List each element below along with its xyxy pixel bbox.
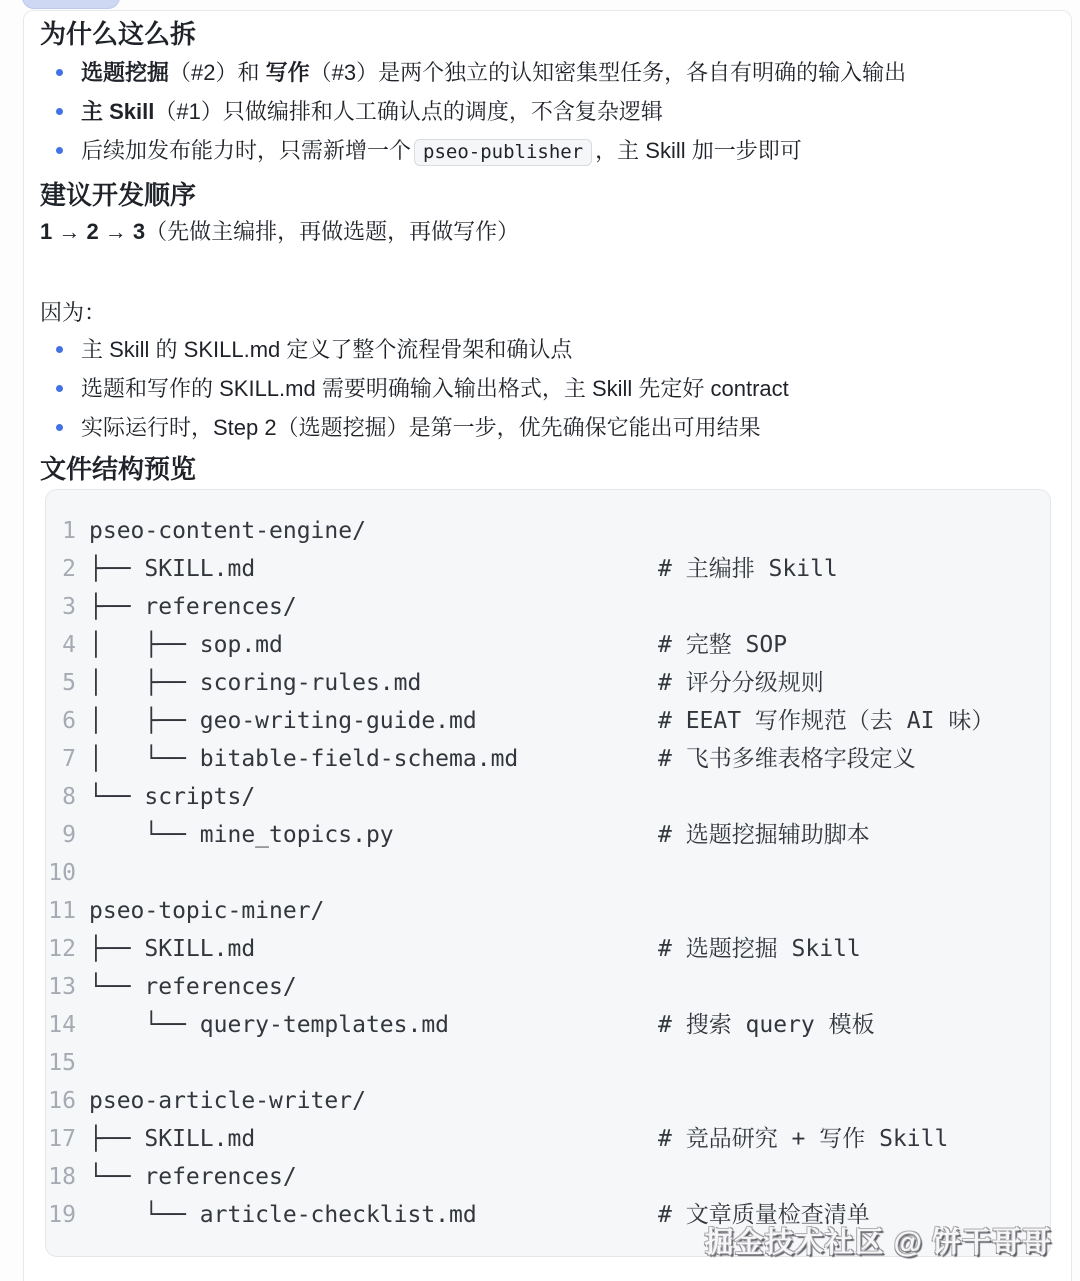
why-bullet-list: 选题挖掘（#2）和 写作（#3）是两个独立的认知密集型任务，各自有明确的输入输出… <box>40 59 1047 166</box>
code-comment: # 评分分级规则 <box>658 664 824 702</box>
code-line: 3 ├── references/ <box>46 588 1050 626</box>
list-item: 后续加发布能力时，只需新增一个pseo-publisher，主 Skill 加一… <box>40 137 1047 166</box>
line-number: 6 <box>46 702 76 740</box>
watermark: 掘金技术社区 @ 饼干哥哥 <box>705 1220 1052 1261</box>
list-item-text: 实际运行时，Step 2（选题挖掘）是第一步，优先确保它能出可用结果 <box>81 414 761 441</box>
line-number: 17 <box>46 1120 76 1158</box>
code-text: │ ├── sop.md <box>89 626 283 664</box>
code-line: 2 ├── SKILL.md # 主编排 Skill <box>46 550 1050 588</box>
line-number: 10 <box>46 854 76 892</box>
text: 主 Skill 的 SKILL.md 定义了整个流程骨架和确认点 <box>81 337 572 362</box>
code-text: pseo-content-engine/ <box>89 512 366 550</box>
list-item-text: 选题挖掘（#2）和 写作（#3）是两个独立的认知密集型任务，各自有明确的输入输出 <box>81 59 906 86</box>
line-number: 2 <box>46 550 76 588</box>
code-line: 6 │ ├── geo-writing-guide.md # EEAT 写作规范… <box>46 702 1050 740</box>
code-line: 15 <box>46 1044 1050 1082</box>
code-text: └── article-checklist.md <box>89 1196 477 1234</box>
code-comment: # 完整 SOP <box>658 626 787 664</box>
document-card: 为什么这么拆 选题挖掘（#2）和 写作（#3）是两个独立的认知密集型任务，各自有… <box>23 10 1072 1281</box>
code-line: 17 ├── SKILL.md # 竞品研究 + 写作 Skill <box>46 1120 1050 1158</box>
text: （#2）和 <box>169 60 266 85</box>
bullet-dot-icon <box>56 424 63 431</box>
code-text: └── scripts/ <box>89 778 255 816</box>
code-line: 1 pseo-content-engine/ <box>46 512 1050 550</box>
code-line: 13 └── references/ <box>46 968 1050 1006</box>
code-line: 12 ├── SKILL.md # 选题挖掘 Skill <box>46 930 1050 968</box>
bold-text: 主 Skill <box>81 99 154 124</box>
list-item: 实际运行时，Step 2（选题挖掘）是第一步，优先确保它能出可用结果 <box>40 414 1047 441</box>
bullet-dot-icon <box>56 147 63 154</box>
bold-text: 1 → 2 → 3 <box>40 219 145 244</box>
code-text: pseo-article-writer/ <box>89 1082 366 1120</box>
code-text: │ ├── geo-writing-guide.md <box>89 702 477 740</box>
document-body: 为什么这么拆 选题挖掘（#2）和 写作（#3）是两个独立的认知密集型任务，各自有… <box>24 11 1071 1257</box>
code-text: ├── SKILL.md <box>89 550 255 588</box>
line-number: 16 <box>46 1082 76 1120</box>
code-line: 14 └── query-templates.md # 搜索 query 模板 <box>46 1006 1050 1044</box>
inline-code: pseo-publisher <box>414 139 592 166</box>
code-comment: # 竞品研究 + 写作 Skill <box>658 1120 948 1158</box>
section-title-order: 建议开发顺序 <box>40 180 1047 210</box>
list-item: 主 Skill 的 SKILL.md 定义了整个流程骨架和确认点 <box>40 336 1047 363</box>
code-line: 5 │ ├── scoring-rules.md # 评分分级规则 <box>46 664 1050 702</box>
code-line: 7 │ └── bitable-field-schema.md # 飞书多维表格… <box>46 740 1050 778</box>
list-item-text: 主 Skill（#1）只做编排和人工确认点的调度，不含复杂逻辑 <box>81 98 663 125</box>
line-number: 14 <box>46 1006 76 1044</box>
code-line: 11 pseo-topic-miner/ <box>46 892 1050 930</box>
code-comment: # 选题挖掘辅助脚本 <box>658 816 870 854</box>
code-text: ├── SKILL.md <box>89 1120 255 1158</box>
line-number: 5 <box>46 664 76 702</box>
code-lines: 1 pseo-content-engine/ 2 ├── SKILL.md # … <box>46 512 1050 1234</box>
list-item: 选题挖掘（#2）和 写作（#3）是两个独立的认知密集型任务，各自有明确的输入输出 <box>40 59 1047 86</box>
code-text: └── query-templates.md <box>89 1006 449 1044</box>
code-text: pseo-topic-miner/ <box>89 892 324 930</box>
line-number: 18 <box>46 1158 76 1196</box>
code-line: 9 └── mine_topics.py # 选题挖掘辅助脚本 <box>46 816 1050 854</box>
bold-text: 选题挖掘 <box>81 60 169 85</box>
code-comment: # 飞书多维表格字段定义 <box>658 740 916 778</box>
line-number: 13 <box>46 968 76 1006</box>
code-line: 8 └── scripts/ <box>46 778 1050 816</box>
list-item-text: 选题和写作的 SKILL.md 需要明确输入输出格式，主 Skill 先定好 c… <box>81 375 789 402</box>
code-comment: # 主编排 Skill <box>658 550 838 588</box>
text: ，主 Skill 加一步即可 <box>595 138 802 163</box>
line-number: 11 <box>46 892 76 930</box>
line-number: 8 <box>46 778 76 816</box>
line-number: 4 <box>46 626 76 664</box>
bold-text: 写作 <box>266 60 310 85</box>
code-comment: # 选题挖掘 Skill <box>658 930 861 968</box>
line-number: 19 <box>46 1196 76 1234</box>
dev-order-line: 1 → 2 → 3（先做主编排，再做选题，再做写作） <box>40 218 1047 245</box>
code-text: └── references/ <box>89 1158 297 1196</box>
section-title-files: 文件结构预览 <box>40 454 1047 484</box>
code-text: └── references/ <box>89 968 297 1006</box>
text: （#3）是两个独立的认知密集型任务，各自有明确的输入输出 <box>310 60 906 85</box>
section-title-why: 为什么这么拆 <box>40 19 1047 49</box>
list-item-text: 主 Skill 的 SKILL.md 定义了整个流程骨架和确认点 <box>81 336 572 363</box>
code-comment: # 搜索 query 模板 <box>658 1006 875 1044</box>
line-number: 12 <box>46 930 76 968</box>
code-comment: # EEAT 写作规范（去 AI 味） <box>658 702 994 740</box>
because-label: 因为： <box>40 299 1047 326</box>
line-number: 7 <box>46 740 76 778</box>
text: 选题和写作的 SKILL.md 需要明确输入输出格式，主 Skill 先定好 c… <box>81 376 789 401</box>
text: 实际运行时，Step 2（选题挖掘）是第一步，优先确保它能出可用结果 <box>81 415 761 440</box>
list-item: 主 Skill（#1）只做编排和人工确认点的调度，不含复杂逻辑 <box>40 98 1047 125</box>
text: （先做主编排，再做选题，再做写作） <box>145 219 519 244</box>
top-partial-chip[interactable] <box>22 0 120 9</box>
code-text: ├── references/ <box>89 588 297 626</box>
line-number: 15 <box>46 1044 76 1082</box>
line-number: 9 <box>46 816 76 854</box>
bullet-dot-icon <box>56 385 63 392</box>
list-item-text: 后续加发布能力时，只需新增一个pseo-publisher，主 Skill 加一… <box>81 137 802 166</box>
list-item: 选题和写作的 SKILL.md 需要明确输入输出格式，主 Skill 先定好 c… <box>40 375 1047 402</box>
bullet-dot-icon <box>56 346 63 353</box>
code-text: │ └── bitable-field-schema.md <box>89 740 518 778</box>
code-line: 18 └── references/ <box>46 1158 1050 1196</box>
code-text: │ ├── scoring-rules.md <box>89 664 421 702</box>
code-line: 16 pseo-article-writer/ <box>46 1082 1050 1120</box>
code-text: ├── SKILL.md <box>89 930 255 968</box>
because-bullet-list: 主 Skill 的 SKILL.md 定义了整个流程骨架和确认点 选题和写作的 … <box>40 336 1047 441</box>
code-line: 10 <box>46 854 1050 892</box>
code-text: └── mine_topics.py <box>89 816 394 854</box>
text: （#1）只做编排和人工确认点的调度，不含复杂逻辑 <box>154 99 662 124</box>
bullet-dot-icon <box>56 69 63 76</box>
line-number: 1 <box>46 512 76 550</box>
line-number: 3 <box>46 588 76 626</box>
code-line: 4 │ ├── sop.md # 完整 SOP <box>46 626 1050 664</box>
file-structure-code-block[interactable]: 1 pseo-content-engine/ 2 ├── SKILL.md # … <box>45 489 1051 1257</box>
bullet-dot-icon <box>56 108 63 115</box>
text: 后续加发布能力时，只需新增一个 <box>81 138 411 163</box>
